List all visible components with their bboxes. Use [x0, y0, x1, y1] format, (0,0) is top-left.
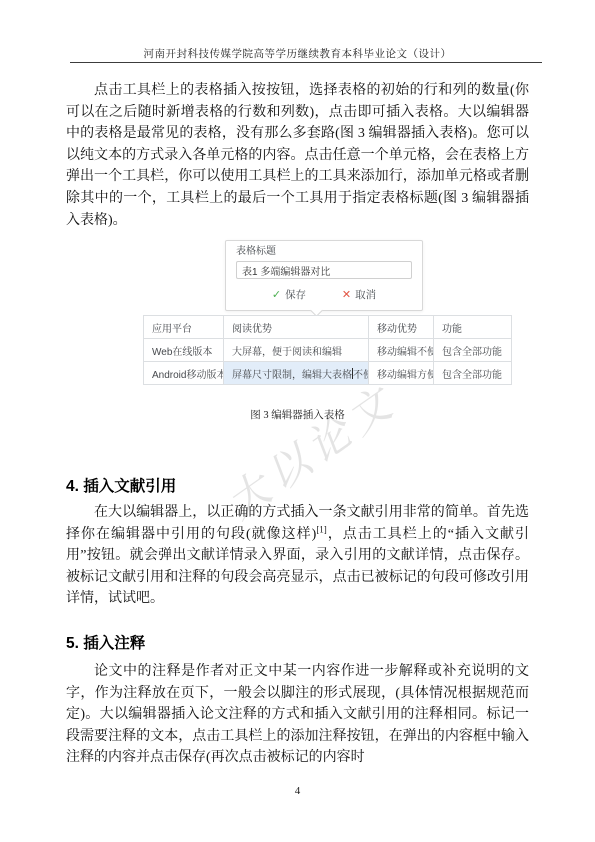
table-cell[interactable]: 移动编辑不便	[369, 339, 434, 362]
page-header-title: 河南开封科技传媒学院高等学历继续教育本科毕业论文（设计）	[0, 46, 595, 61]
table-cell[interactable]: 大屏幕，便于阅读和编辑	[224, 339, 369, 362]
popup-button-row: ✓ 保存 ✕ 取消	[236, 287, 412, 302]
paragraph-insert-citation: 在大以编辑器上，以正确的方式插入一条文献引用非常的简单。首先选择你在编辑器中引用…	[66, 502, 529, 610]
column-header[interactable]: 阅读优势	[224, 316, 369, 339]
page-number: 4	[0, 785, 595, 797]
header-rule	[70, 62, 542, 63]
table-cell[interactable]: 包含全部功能	[434, 339, 512, 362]
column-header[interactable]: 移动优势	[369, 316, 434, 339]
table-header-row: 应用平台 阅读优势 移动优势 功能	[144, 316, 512, 339]
table-title-popup: 表格标题 ✓ 保存 ✕ 取消	[225, 240, 423, 311]
cell-text-after-cursor: 不便	[353, 370, 369, 381]
table-title-input[interactable]	[236, 261, 412, 279]
table-row: Android移动版本 屏幕尺寸限制，编辑大表格不便 移动编辑方便 包含全部功能	[144, 362, 512, 385]
save-button[interactable]: ✓ 保存	[272, 287, 306, 302]
reference-marker: [1]	[316, 524, 327, 534]
figure-caption: 图 3 编辑器插入表格	[0, 407, 595, 422]
cross-icon: ✕	[342, 288, 351, 301]
figure-editor-screenshot: 表格标题 ✓ 保存 ✕ 取消 应用平台 阅读优势	[140, 238, 515, 388]
table-cell[interactable]: 包含全部功能	[434, 362, 512, 385]
table-cell-editing[interactable]: 屏幕尺寸限制，编辑大表格不便	[224, 362, 369, 385]
section-heading-citation: 4. 插入文献引用	[66, 474, 176, 496]
table-title-label: 表格标题	[236, 246, 412, 258]
save-button-label: 保存	[285, 287, 306, 302]
section-heading-annotation: 5. 插入注释	[66, 631, 145, 653]
paragraph-insert-table: 点击工具栏上的表格插入按按钮，选择表格的初始的行和列的数量(你可以在之后随时新增…	[66, 80, 529, 231]
cell-text-before-cursor: 屏幕尺寸限制，编辑大表格	[232, 370, 352, 381]
check-icon: ✓	[272, 288, 281, 301]
cancel-button-label: 取消	[355, 287, 376, 302]
table-row: Web在线版本 大屏幕，便于阅读和编辑 移动编辑不便 包含全部功能	[144, 339, 512, 362]
column-header[interactable]: 应用平台	[144, 316, 224, 339]
document-page: 河南开封科技传媒学院高等学历继续教育本科毕业论文（设计） 大以论文 点击工具栏上…	[0, 0, 595, 842]
table-cell[interactable]: Web在线版本	[144, 339, 224, 362]
cancel-button[interactable]: ✕ 取消	[342, 287, 376, 302]
comparison-table: 应用平台 阅读优势 移动优势 功能 Web在线版本 大屏幕，便于阅读和编辑 移动…	[143, 315, 512, 385]
table-cell[interactable]: 移动编辑方便	[369, 362, 434, 385]
column-header[interactable]: 功能	[434, 316, 512, 339]
table-cell[interactable]: Android移动版本	[144, 362, 224, 385]
paragraph-insert-annotation: 论文中的注释是作者对正文中某一内容作进一步解释或补充说明的文字，作为注释放在页下…	[66, 661, 529, 769]
